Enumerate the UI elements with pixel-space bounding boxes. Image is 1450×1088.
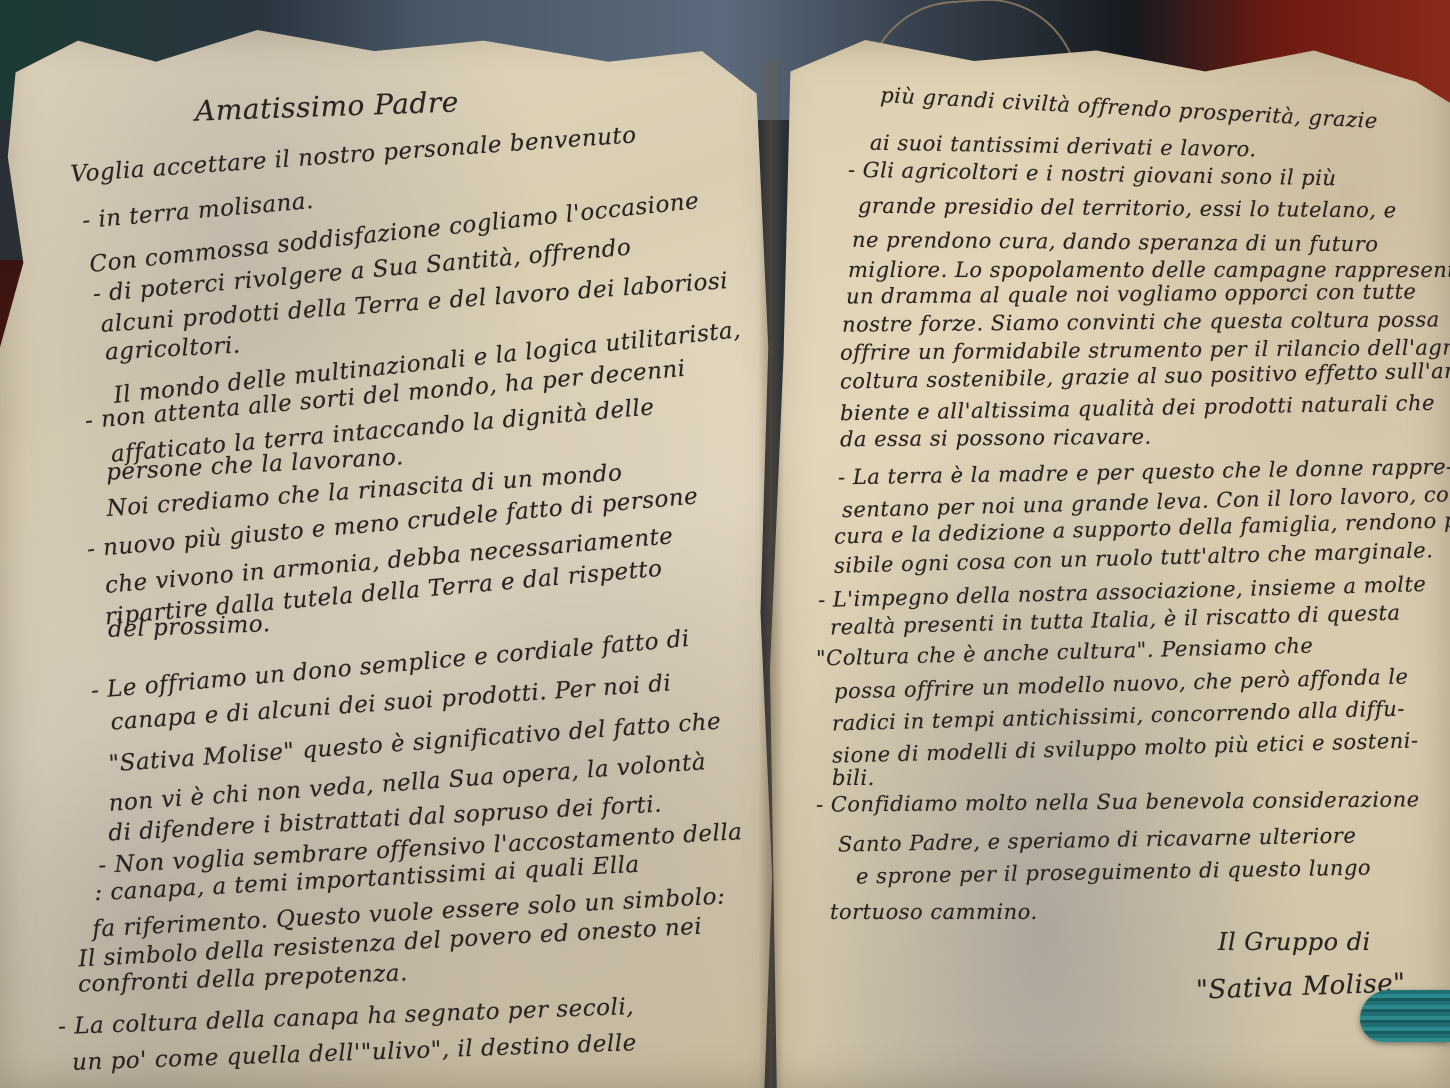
letter-line: grande presidio del territorio, essi lo …: [858, 194, 1397, 223]
hemp-yarn: [1360, 990, 1450, 1042]
letter-line: un dramma al quale noi vogliamo opporci …: [846, 280, 1417, 309]
letter-line: da essa si possono ricavare.: [840, 425, 1152, 452]
letter-line: bili.: [832, 766, 875, 790]
book-spine: [758, 60, 784, 1088]
letter-line: ne prendono cura, dando speranza di un f…: [852, 228, 1379, 257]
letter-line: migliore. Lo spopolamento delle campagne…: [848, 258, 1450, 282]
letter-line: tortuoso cammino.: [830, 900, 1038, 924]
signature-line-1: Il Gruppo di: [1218, 928, 1371, 956]
